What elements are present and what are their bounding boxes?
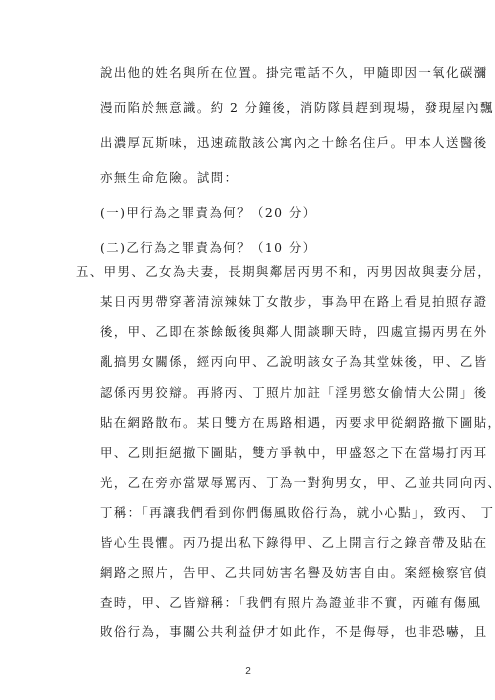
text-line: 亂搞男女關係，經丙向甲、乙說明該女子為其堂妹後，甲、乙皆 [100, 352, 422, 372]
text-line: 亦無生命危險。試問： [100, 168, 422, 188]
document-page: 說出他的姓名與所在位置。掛完電話不久，甲隨即因一氧化碳瀰 漫而陷於無意識。約 2… [0, 0, 495, 700]
text-line: 查時，甲、乙皆辯稱：「我們有照片為證並非不實，丙確有傷風 [100, 593, 422, 613]
text-line: 甲、乙則拒絕撤下圖貼，雙方爭執中，甲盛怒之下在當場打丙耳 [100, 443, 422, 463]
text-line: 皆心生畏懼。丙乃提出私下錄得甲、乙上開言行之錄音帶及貼在 [100, 533, 422, 553]
sub-question-2: (二)乙行為之罪責為何？（10 分） [100, 238, 422, 258]
sub-question-1: (一)甲行為之罪責為何？（20 分） [100, 203, 422, 223]
text-line: 出濃厚瓦斯味，迅速疏散該公寓內之十餘名住戶。甲本人送醫後 [100, 133, 422, 153]
text-line: 貼在網路散布。某日雙方在馬路相遇，丙要求甲從網路撤下圖貼， [100, 413, 422, 433]
text-line: 某日丙男帶穿著清涼辣妹丁女散步，事為甲在路上看見拍照存證 [100, 292, 422, 312]
text-line: 光，乙在旁亦當眾辱罵丙、丁為一對狗男女，甲、乙並共同向丙、 [100, 473, 422, 493]
question-5-heading: 五、甲男、乙女為夫妻，長期與鄰居丙男不和，丙男因故與妻分居， [76, 262, 422, 282]
text-line: 漫而陷於無意識。約 2 分鐘後，消防隊員趕到現場，發現屋內飄 [100, 98, 422, 118]
text-line: 認係丙男狡辯。再將丙、丁照片加註「淫男慾女偷情大公開」後 [100, 383, 422, 403]
text-line: 網路之照片，告甲、乙共同妨害名譽及妨害自由。案經檢察官偵 [100, 563, 422, 583]
text-line: 說出他的姓名與所在位置。掛完電話不久，甲隨即因一氧化碳瀰 [100, 63, 422, 83]
text-line: 敗俗行為，事關公共利益伊才如此作，不是侮辱，也非恐嚇，且 [100, 622, 422, 642]
text-line: 後，甲、乙即在茶餘飯後與鄰人閒談聊天時，四處宣揚丙男在外 [100, 322, 422, 342]
text-line: 丁稱：「再讓我們看到你們傷風敗俗行為，就小心點」，致丙、 丁 [100, 503, 422, 523]
page-number: 2 [242, 666, 254, 677]
